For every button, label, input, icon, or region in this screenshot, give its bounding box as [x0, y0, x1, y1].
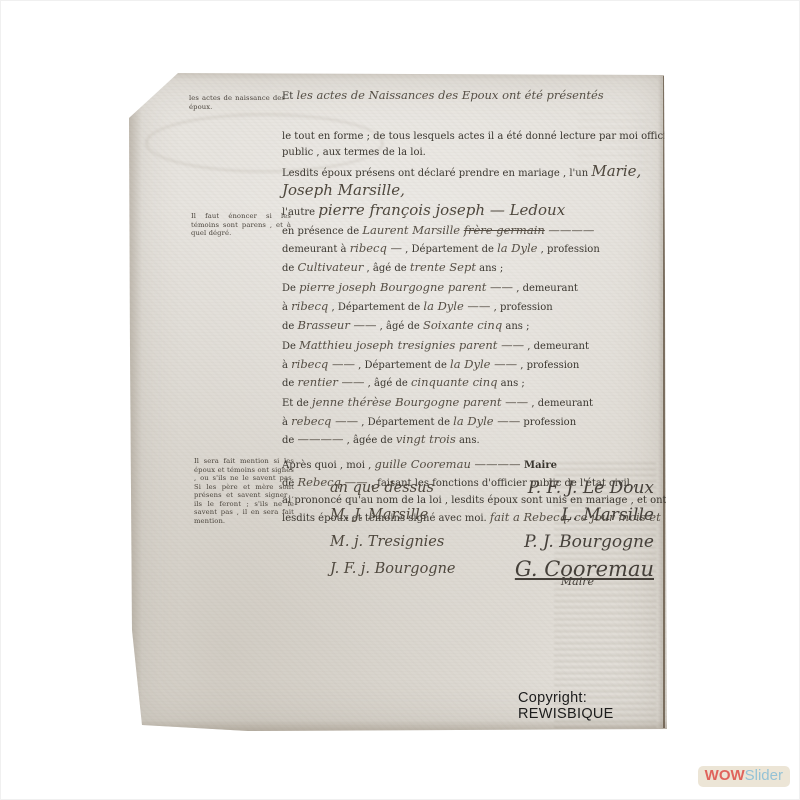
- printed-text: ans ;: [476, 263, 503, 274]
- printed-text: le tout en forme ; de tous lesquels acte…: [282, 131, 677, 142]
- document-line: de ———— , âgée de vingt trois ans.: [282, 431, 674, 450]
- handwritten-text: trente Sept: [410, 260, 476, 274]
- printed-text: , profession: [490, 302, 552, 313]
- signature-left: M. J. Marsille: [330, 507, 428, 523]
- handwritten-text: rentier ——: [298, 375, 365, 389]
- handwritten-text: la Dyle ——: [450, 357, 517, 371]
- handwritten-text: guille Cooremau ————: [374, 457, 520, 471]
- handwritten-text: ————: [298, 432, 344, 446]
- handwritten-text: jenne thérèse Bourgogne parent ——: [312, 395, 528, 409]
- handwritten-text: la Dyle ——: [453, 414, 520, 428]
- printed-text: de: [282, 321, 298, 332]
- document-line: De pierre joseph Bourgogne parent —— , d…: [282, 279, 674, 298]
- printed-text: , profession: [537, 244, 599, 255]
- handwritten-text: ribecq —: [350, 241, 402, 255]
- handwritten-text: cinquante cinq: [411, 375, 498, 389]
- signature-right: Maire: [561, 575, 594, 588]
- printed-text: de: [282, 263, 298, 274]
- signature-right: L. Marsille: [561, 505, 654, 525]
- margin-note-witness-relation: Il faut énoncer si les témoins sont pare…: [191, 212, 291, 238]
- document-line: à rebecq —— , Département de la Dyle —— …: [282, 413, 674, 432]
- handwritten-text: ribecq: [291, 299, 328, 313]
- handwritten-text: Matthieu joseph tresignies parent ——: [299, 338, 524, 352]
- printed-text: , âgé de: [363, 263, 410, 274]
- handwritten-text: Brasseur ——: [298, 318, 377, 332]
- handwritten-text: Joseph Marsille,: [282, 181, 405, 199]
- printed-text: à: [282, 302, 291, 313]
- printed-text: Et de: [282, 398, 312, 409]
- printed-text: profession: [520, 417, 576, 428]
- handwritten-text: Cultivateur: [298, 260, 364, 274]
- printed-text: ans ;: [502, 321, 529, 332]
- printed-text: , âgé de: [364, 378, 411, 389]
- document-line: à ribecq —— , Département de la Dyle —— …: [282, 356, 674, 375]
- margin-note-birth-acts: les actes de naissance des époux.: [189, 94, 285, 111]
- signature-block: an que dessusP. F. J. Le DouxM. J. Marsi…: [268, 474, 660, 588]
- document-line: à ribecq , Département de la Dyle —— , p…: [282, 298, 674, 317]
- document-line: Après quoi , moi , guille Cooremau ———— …: [282, 456, 674, 475]
- signature-row: an que dessusP. F. J. Le Doux: [268, 474, 660, 501]
- signature-row: M. j. TresigniesP. J. Bourgogne: [268, 528, 660, 555]
- printed-text: de: [282, 435, 298, 446]
- printed-text: , profession: [517, 360, 579, 371]
- printed-text: De: [282, 283, 299, 294]
- printed-text: , Département de: [355, 360, 450, 371]
- handwritten-text: ————: [545, 223, 595, 237]
- handwritten-text: la Dyle ——: [423, 299, 490, 313]
- printed-text: demeurant à: [282, 244, 350, 255]
- signature-left: J. F. j. Bourgogne: [330, 561, 456, 577]
- handwritten-text: les actes de Naissances des Epoux ont ét…: [297, 88, 604, 102]
- document-line: de Brasseur —— , âgé de Soixante cinq an…: [282, 317, 674, 336]
- signature-right: P. J. Bourgogne: [524, 532, 654, 552]
- wowslider-slider-text: Slider: [745, 767, 783, 784]
- printed-text: , demeurant: [524, 341, 589, 352]
- handwritten-text: Soixante cinq: [423, 318, 502, 332]
- signature-left: M. j. Tresignies: [330, 534, 444, 550]
- printed-text: de: [282, 378, 298, 389]
- document-line: Et de jenne thérèse Bourgogne parent —— …: [282, 394, 674, 413]
- handwritten-text: rebecq ——: [291, 414, 358, 428]
- document-line: Joseph Marsille,: [282, 182, 674, 202]
- printed-text: ans.: [456, 435, 480, 446]
- document-line: Lesdits époux présens ont déclaré prendr…: [282, 163, 674, 183]
- printed-text: Et: [282, 91, 297, 102]
- document-body: Et les actes de Naissances des Epoux ont…: [282, 87, 674, 528]
- handwritten-text: frère germain: [464, 223, 545, 237]
- printed-text: public , aux termes de la loi.: [282, 147, 426, 158]
- printed-text: Après quoi , moi ,: [282, 460, 374, 471]
- wowslider-wow-text: WOW: [705, 767, 745, 784]
- printed-text: à: [282, 417, 291, 428]
- signature-left: an que dessus: [330, 480, 434, 496]
- document-line: l'autre pierre françois joseph — Ledoux: [282, 202, 674, 222]
- document-line: demeurant à ribecq — , Département de la…: [282, 240, 674, 259]
- printed-text: l'autre: [282, 207, 318, 218]
- handwritten-text: ribecq ——: [291, 357, 355, 371]
- document-line: le tout en forme ; de tous lesquels acte…: [282, 129, 674, 146]
- handwritten-text: vingt trois: [396, 432, 456, 446]
- signature-right: P. F. J. Le Doux: [528, 478, 654, 498]
- wowslider-watermark[interactable]: WOWSlider: [698, 766, 790, 787]
- handwritten-text: Laurent Marsille: [362, 223, 463, 237]
- printed-text: à: [282, 360, 291, 371]
- document-line: De Matthieu joseph tresignies parent —— …: [282, 337, 674, 356]
- document-line: public , aux termes de la loi.: [282, 145, 674, 162]
- printed-text: De: [282, 341, 299, 352]
- printed-text: , demeurant: [513, 283, 578, 294]
- document-line: en présence de Laurent Marsille frère ge…: [282, 222, 674, 241]
- handwritten-text: pierre joseph Bourgogne parent ——: [299, 280, 513, 294]
- handwritten-text: Marie,: [591, 162, 641, 180]
- printed-text: , Département de: [402, 244, 497, 255]
- printed-text: , âgée de: [344, 435, 396, 446]
- document-line: de Cultivateur , âgé de trente Sept ans …: [282, 259, 674, 278]
- printed-text: en présence de: [282, 226, 362, 237]
- signature-row: M. J. MarsilleL. Marsille: [268, 501, 660, 528]
- scanned-document-page: les actes de naissance des époux. Il fau…: [128, 70, 668, 732]
- handwritten-text: la Dyle: [497, 241, 537, 255]
- printed-text: Maire: [521, 460, 557, 471]
- printed-text: , Département de: [358, 417, 453, 428]
- handwritten-text: pierre françois joseph — Ledoux: [318, 201, 565, 219]
- copyright-stamp: Copyright: REWISBIQUE: [518, 690, 668, 722]
- printed-text: , âgé de: [376, 321, 423, 332]
- printed-text: ans ;: [498, 378, 525, 389]
- printed-text: , Département de: [328, 302, 423, 313]
- printed-text: , demeurant: [528, 398, 593, 409]
- printed-text: Lesdits époux présens ont déclaré prendr…: [282, 168, 591, 179]
- document-line: Et les actes de Naissances des Epoux ont…: [282, 87, 674, 106]
- document-line: de rentier —— , âgé de cinquante cinq an…: [282, 374, 674, 393]
